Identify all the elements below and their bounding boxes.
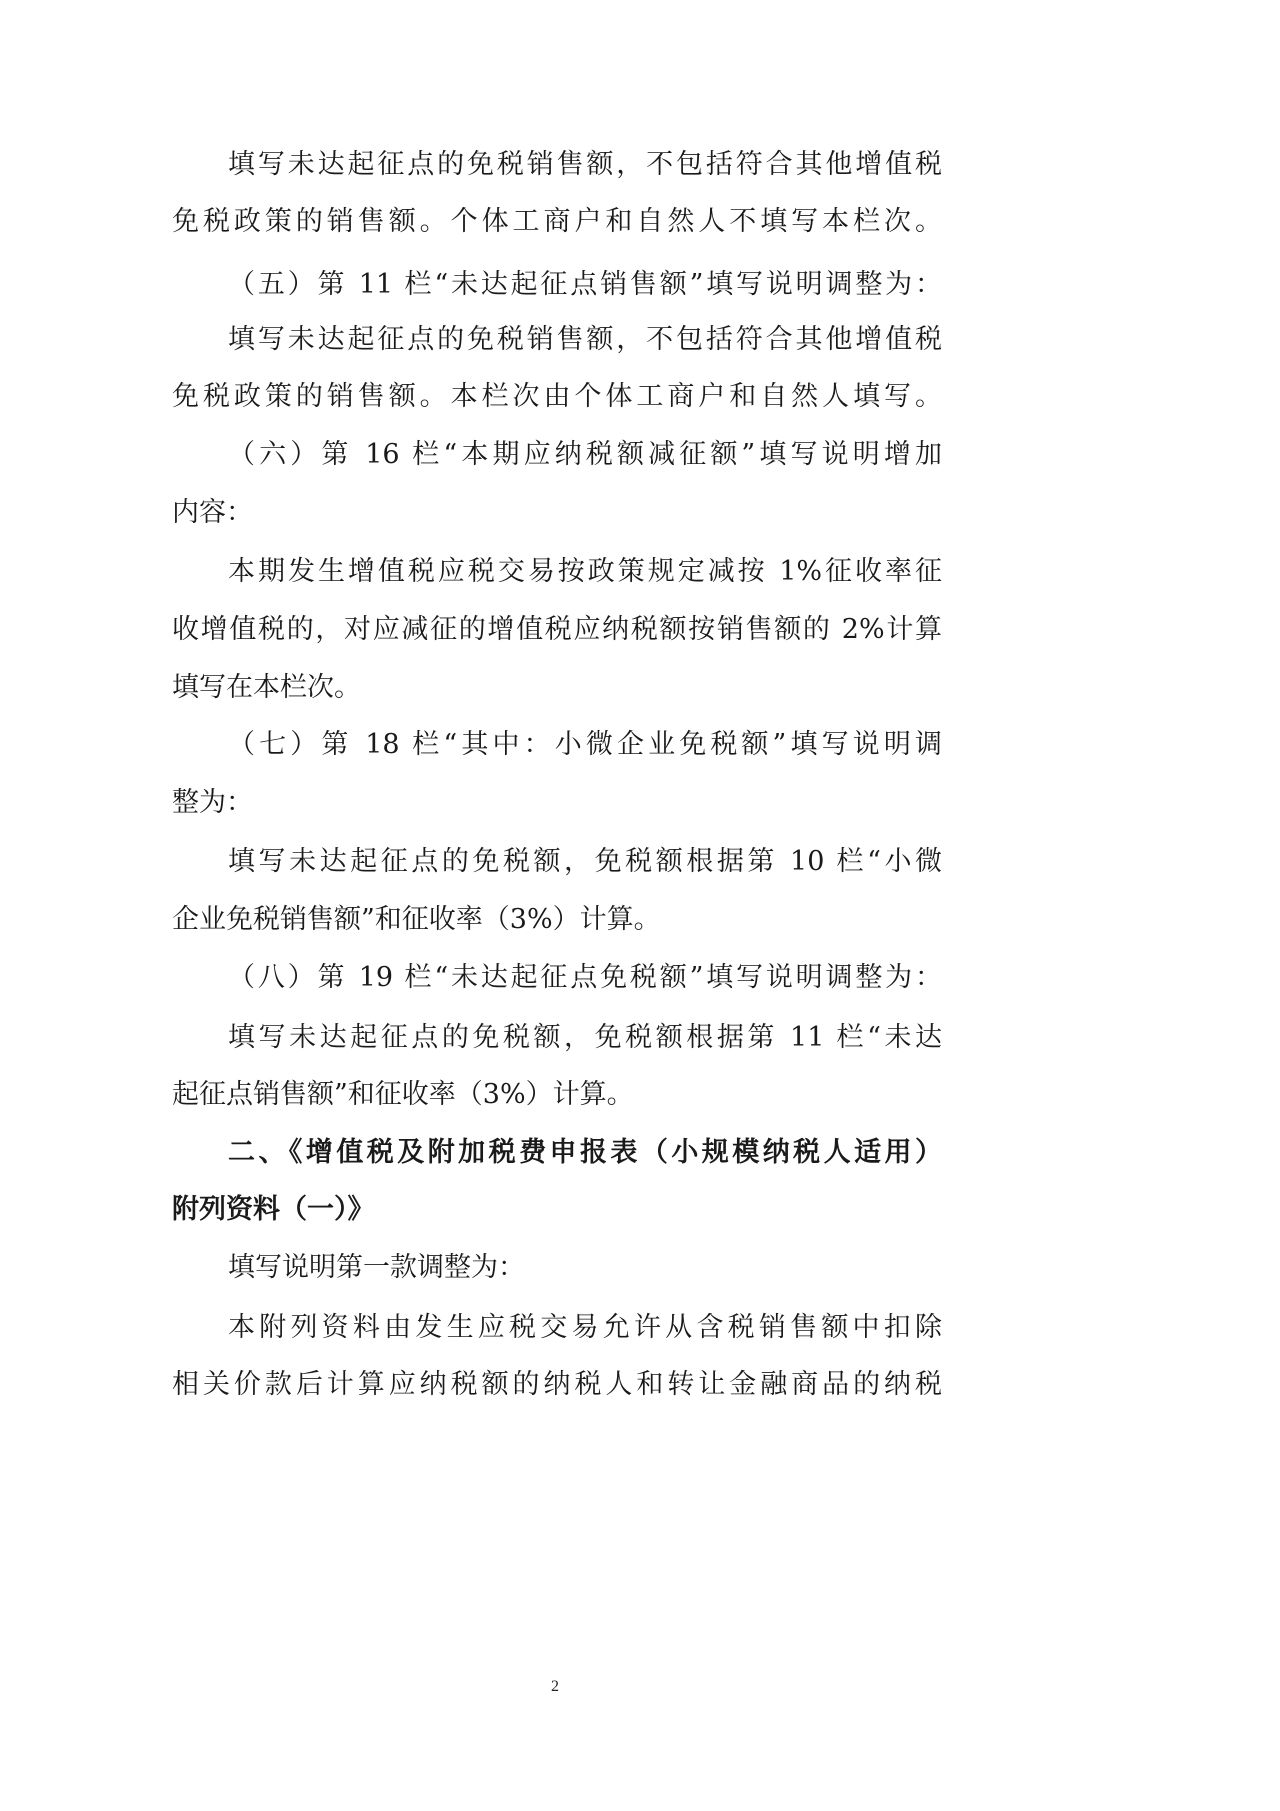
paragraph-line: 相关价款后计算应纳税额的纳税人和转让金融商品的纳税 — [172, 1367, 942, 1403]
paragraph-line: 填写未达起征点的免税额，免税额根据第 11 栏“未达 — [228, 1020, 942, 1056]
paragraph-line: 免税政策的销售额。个体工商户和自然人不填写本栏次。 — [172, 204, 942, 240]
paragraph-line: 整为： — [172, 785, 942, 821]
paragraph-line: 本附列资料由发生应税交易允许从含税销售额中扣除 — [228, 1310, 942, 1346]
paragraph-line: 填写说明第一款调整为： — [228, 1250, 942, 1286]
paragraph-line: 填写在本栏次。 — [172, 670, 942, 706]
section-heading-2-cont: 附列资料（一）》 — [172, 1192, 942, 1228]
section-heading-2: 二、《增值税及附加税费申报表（小规模纳税人适用） — [228, 1135, 942, 1171]
paragraph-line: 填写未达起征点的免税销售额，不包括符合其他增值税 — [228, 322, 942, 358]
page-number: 2 — [0, 1678, 1110, 1696]
section-heading-8: （八）第 19 栏“未达起征点免税额”填写说明调整为： — [228, 960, 942, 996]
section-heading-7: （七）第 18 栏“其中：小微企业免税额”填写说明调 — [228, 727, 942, 763]
paragraph-line: 起征点销售额”和征收率（3%）计算。 — [172, 1077, 942, 1113]
section-heading-6: （六）第 16 栏“本期应纳税额减征额”填写说明增加 — [228, 437, 942, 473]
paragraph-line: 企业免税销售额”和征收率（3%）计算。 — [172, 902, 942, 938]
paragraph-line: 填写未达起征点的免税销售额，不包括符合其他增值税 — [228, 147, 942, 183]
paragraph-line: 填写未达起征点的免税额，免税额根据第 10 栏“小微 — [228, 844, 942, 880]
document-page: 填写未达起征点的免税销售额，不包括符合其他增值税 免税政策的销售额。个体工商户和… — [0, 0, 1280, 1811]
paragraph-line: 本期发生增值税应税交易按政策规定减按 1%征收率征 — [228, 554, 942, 590]
paragraph-line: 免税政策的销售额。本栏次由个体工商户和自然人填写。 — [172, 379, 942, 415]
section-heading-5: （五）第 11 栏“未达起征点销售额”填写说明调整为： — [228, 267, 942, 303]
paragraph-line: 内容： — [172, 495, 942, 531]
paragraph-line: 收增值税的，对应减征的增值税应纳税额按销售额的 2%计算 — [172, 612, 942, 648]
